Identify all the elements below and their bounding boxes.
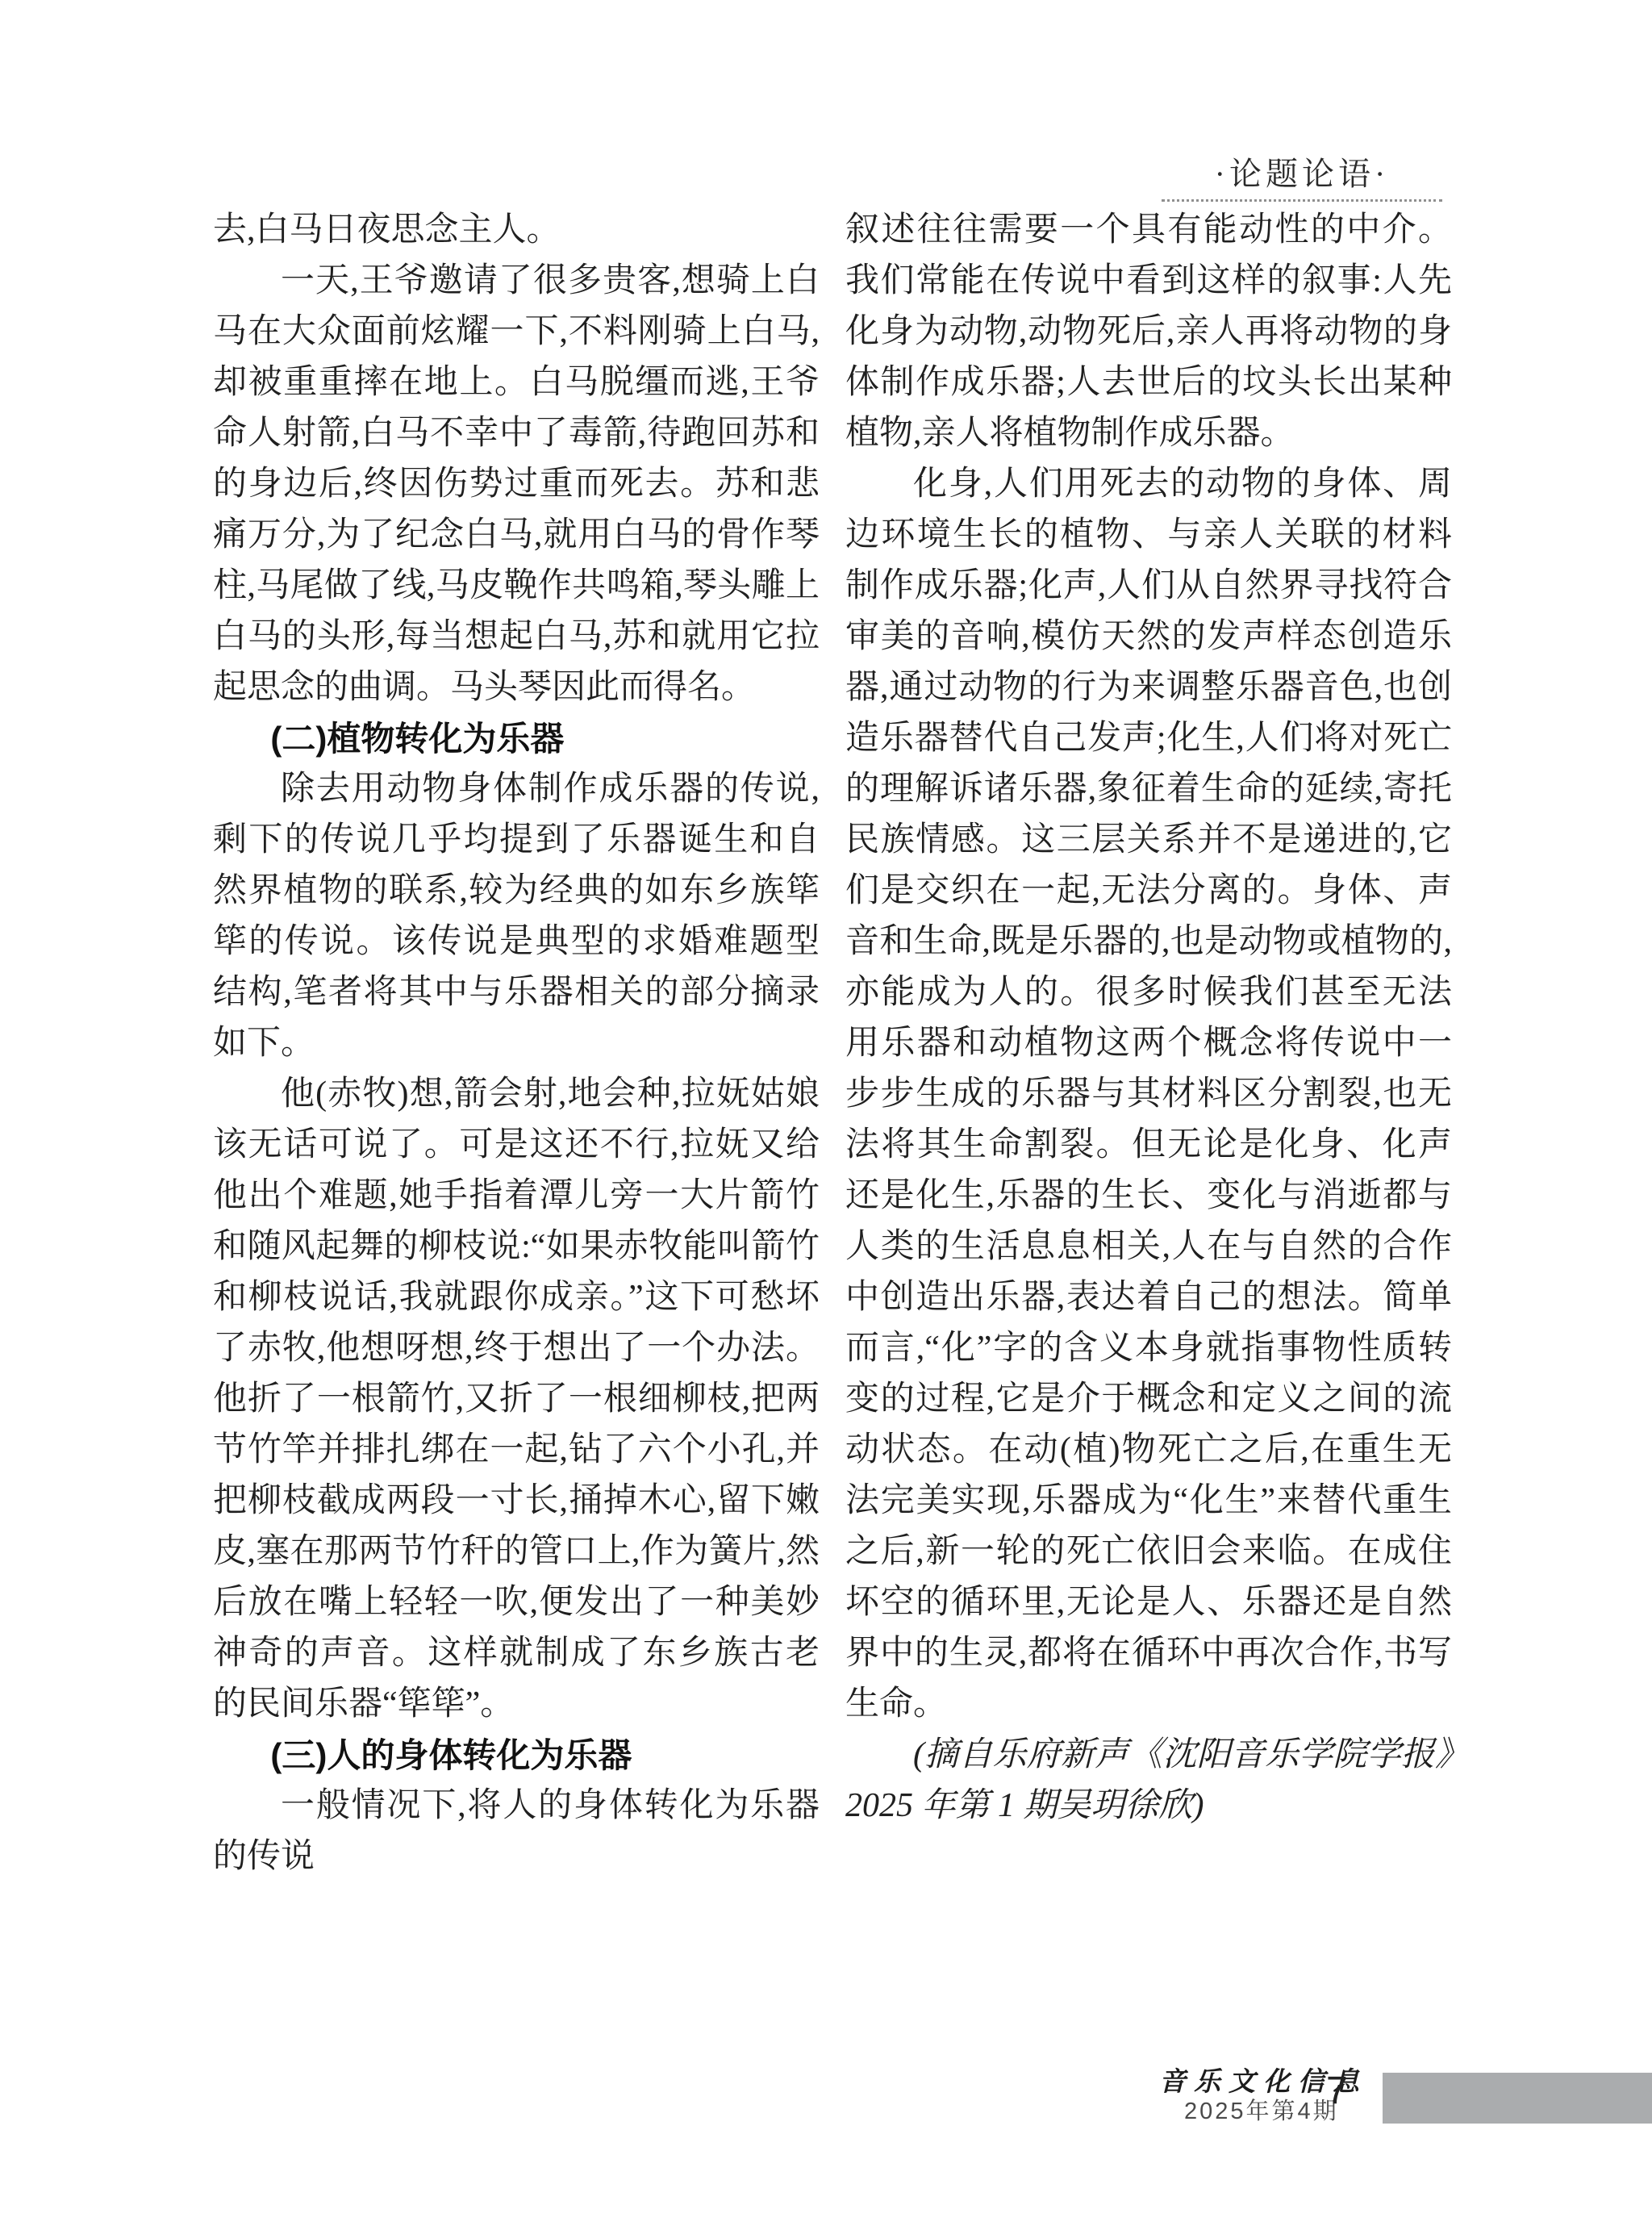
section-heading-plants: (二)植物转化为乐器: [213, 713, 820, 764]
body-paragraph: 一般情况下,将人的身体转化为乐器的传说: [213, 1781, 820, 1882]
body-paragraph: 他(赤牧)想,箭会射,地会种,拉妩姑娘该无话可说了。可是这还不行,拉妩又给他出个…: [213, 1069, 820, 1730]
body-paragraph: 叙述往往需要一个具有能动性的中介。我们常能在传说中看到这样的叙事:人先化身为动物…: [845, 205, 1452, 459]
body-paragraph: 一天,王爷邀请了很多贵客,想骑上白马在大众面前炫耀一下,不料刚骑上白马,却被重重…: [213, 256, 820, 713]
document-page: ·论题论语· 去,白马日夜思念主人。 一天,王爷邀请了很多贵客,想骑上白马在大众…: [0, 0, 1652, 2226]
body-paragraph: 化身,人们用死去的动物的身体、周边环境生长的植物、与亲人关联的材料制作成乐器;化…: [845, 459, 1452, 1730]
footer-page-number: 7: [1326, 2070, 1348, 2112]
source-attribution: (摘自乐府新声《沈阳音乐学院学报》2025 年第 1 期吴玥徐欣): [845, 1730, 1452, 1831]
body-paragraph: 除去用动物身体制作成乐器的传说,剩下的传说几乎均提到了乐器诞生和自然界植物的联系…: [213, 764, 820, 1069]
right-column: 叙述往往需要一个具有能动性的中介。我们常能在传说中看到这样的叙事:人先化身为动物…: [845, 205, 1452, 1831]
footer-decorative-bar: [1383, 2073, 1652, 2124]
column-head-title: ·论题论语·: [1162, 157, 1442, 202]
footer-issue-label: 2025年第4期: [1184, 2099, 1339, 2124]
left-column: 去,白马日夜思念主人。 一天,王爷邀请了很多贵客,想骑上白马在大众面前炫耀一下,…: [213, 205, 820, 1882]
section-heading-human-body: (三)人的身体转化为乐器: [213, 1730, 820, 1781]
body-paragraph: 去,白马日夜思念主人。: [213, 205, 820, 256]
